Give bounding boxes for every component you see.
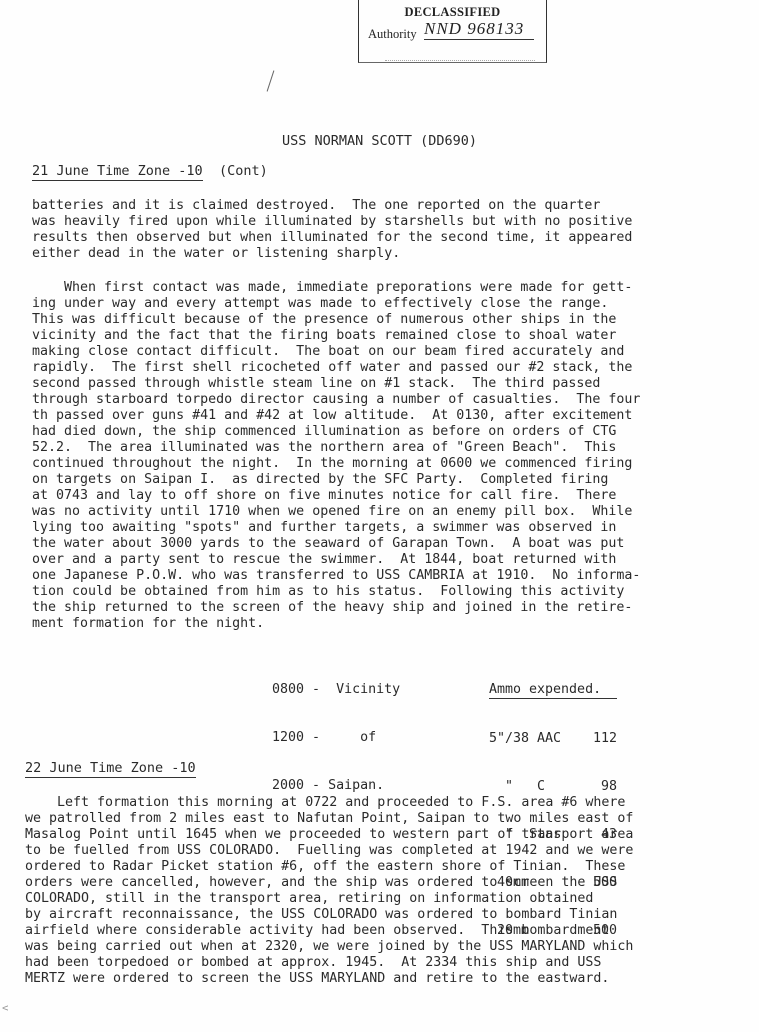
location-row: 2000 - Saipan.: [272, 778, 400, 794]
section-heading-text: 22 June Time Zone -10: [25, 760, 196, 778]
declassified-stamp: DECLASSIFIED Authority NND 968133: [358, 0, 547, 63]
ammo-row: 5"/38 AAC112: [489, 731, 617, 747]
paragraph-left-formation: Left formation this morning at 0722 and …: [25, 795, 740, 987]
paragraph-continuation: batteries and it is claimed destroyed. T…: [32, 198, 747, 262]
ammo-row: " C98: [489, 779, 617, 795]
location-row: 1200 - of: [272, 730, 400, 746]
stamp-authority-label: Authority: [368, 27, 417, 42]
stamp-title: DECLASSIFIED: [359, 5, 546, 20]
stamp-divider: [385, 60, 535, 61]
section-heading-suffix: (Cont): [219, 163, 268, 179]
section-heading-21-june: 21 June Time Zone -10 (Cont): [32, 163, 268, 179]
paragraph-first-contact: When first contact was made, immediate p…: [32, 280, 747, 632]
stamp-authority-value: NND 968133: [424, 19, 534, 40]
section-heading-22-june: 22 June Time Zone -10: [25, 760, 196, 776]
location-table: 0800 - Vicinity 1200 - of 2000 - Saipan.: [272, 650, 400, 810]
section-heading-text: 21 June Time Zone -10: [32, 163, 203, 181]
pencil-mark: [267, 70, 275, 91]
document-title: USS NORMAN SCOTT (DD690): [0, 133, 759, 149]
ammo-heading: Ammo expended.: [489, 682, 617, 699]
location-row: 0800 - Vicinity: [272, 682, 400, 698]
margin-mark: ᴧ: [0, 1005, 12, 1011]
